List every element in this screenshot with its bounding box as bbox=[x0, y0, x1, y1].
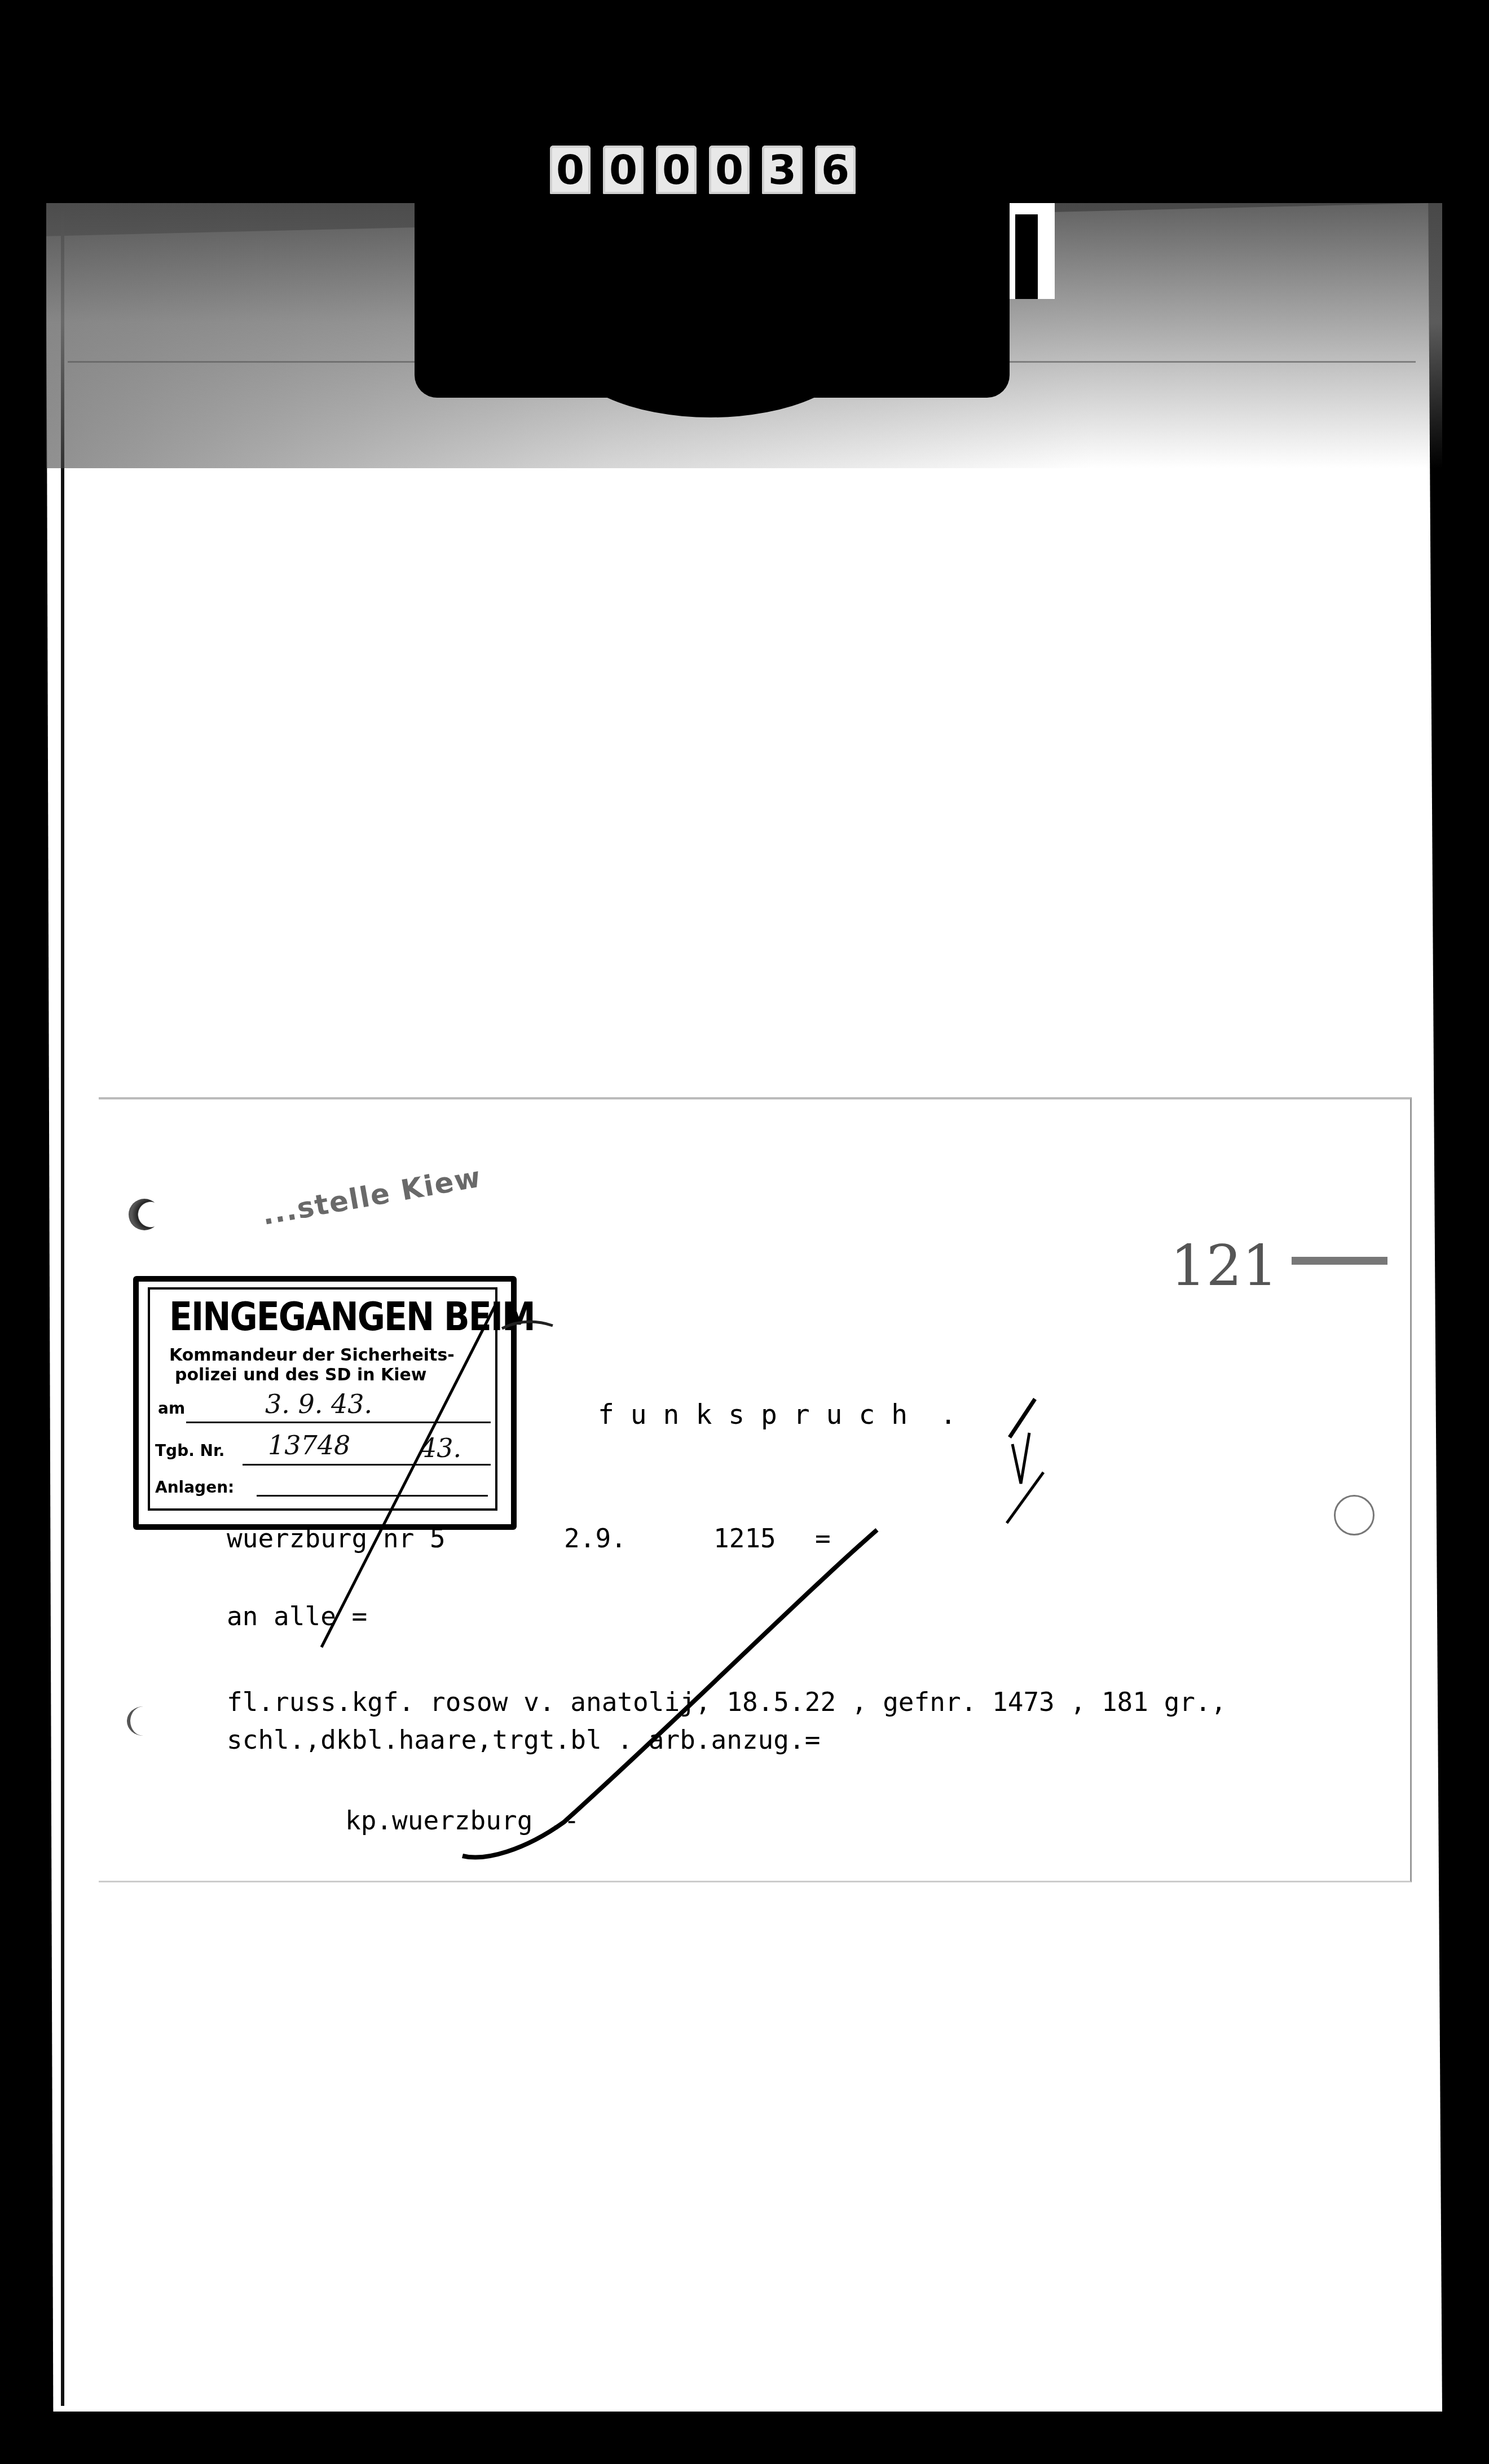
check-stroke bbox=[462, 1530, 877, 1858]
tick-mark bbox=[1010, 1399, 1035, 1437]
stamp-cross-stroke bbox=[321, 1303, 496, 1647]
handwritten-marks bbox=[0, 0, 1489, 2464]
v-mark bbox=[1012, 1433, 1029, 1484]
v-mark-tail bbox=[1007, 1472, 1043, 1523]
stamp-pen-stroke bbox=[502, 1322, 553, 1328]
